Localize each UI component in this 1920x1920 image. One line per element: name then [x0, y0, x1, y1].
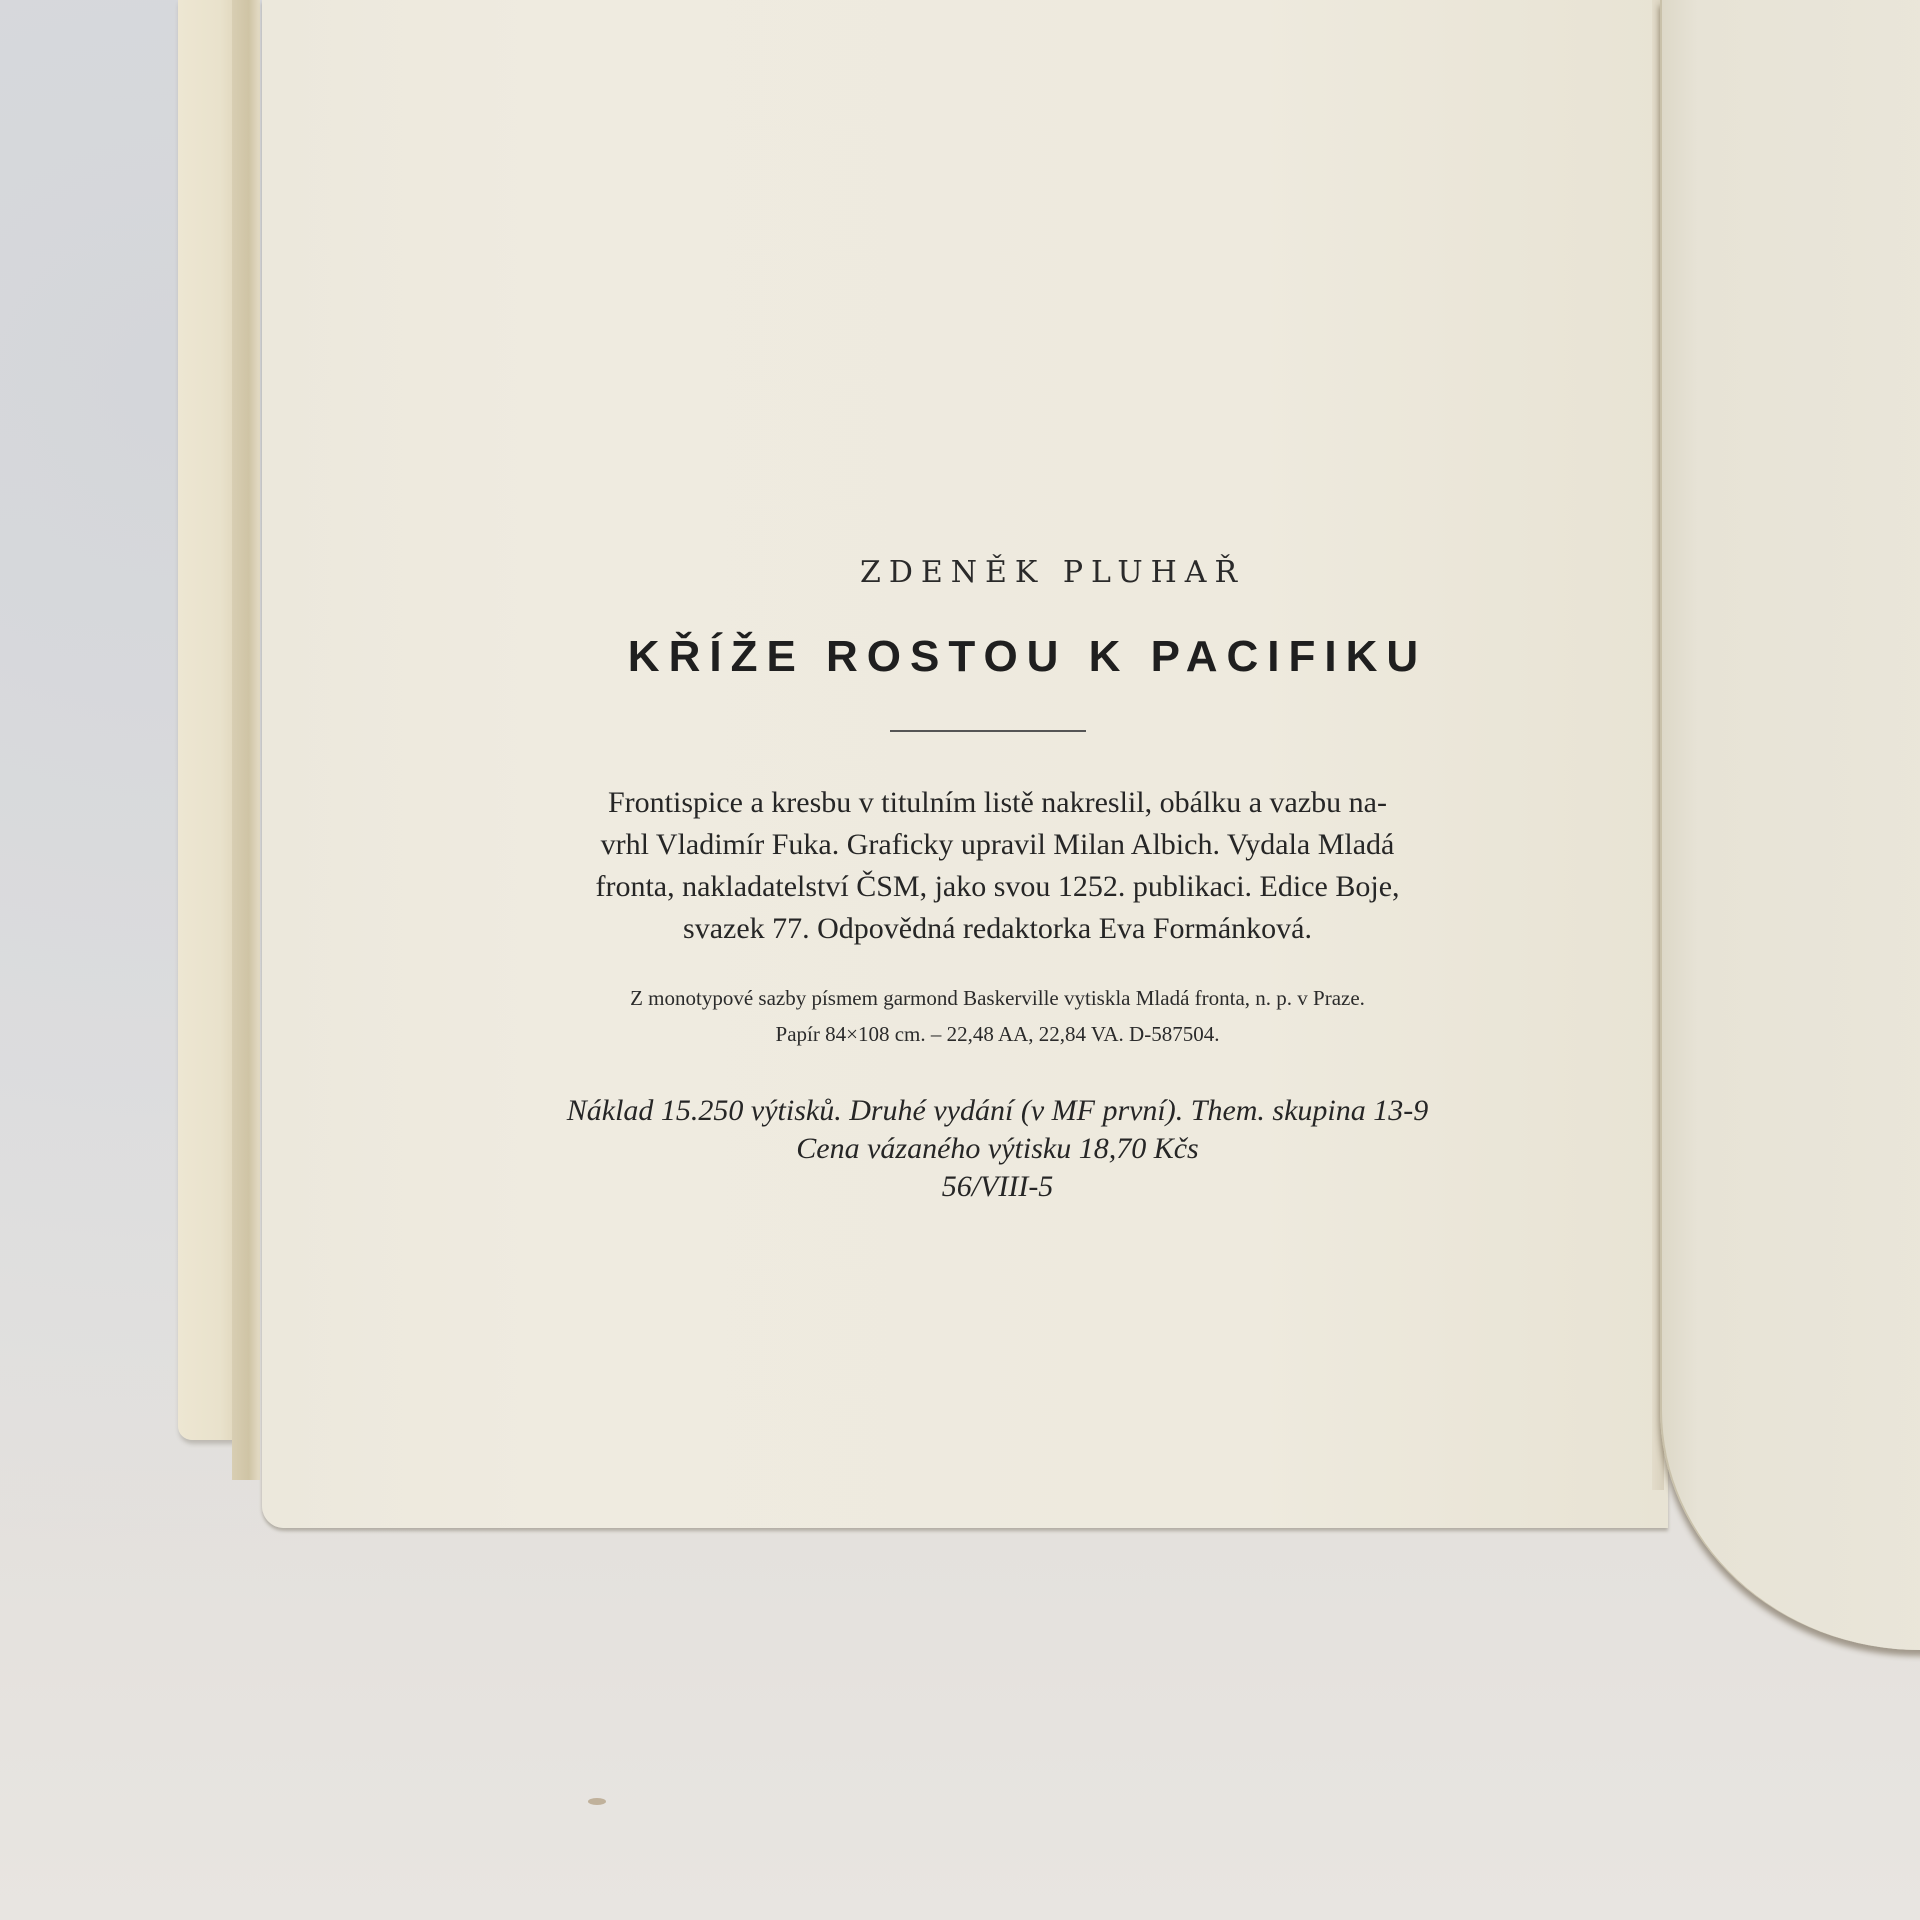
printing-line: Papír 84×108 cm. – 22,48 AA, 22,84 VA. D… — [470, 1016, 1525, 1052]
book-cover-crease — [232, 0, 260, 1480]
title-divider-rule — [890, 730, 1086, 732]
price-line: Cena vázaného výtisku 18,70 Kčs — [470, 1130, 1525, 1168]
edition-details: Náklad 15.250 výtisků. Druhé vydání (v M… — [470, 1092, 1525, 1206]
credits-paragraph: Frontispice a kresbu v titulním listě na… — [470, 782, 1525, 950]
catalog-code: 56/VIII-5 — [470, 1168, 1525, 1206]
colophon-text-block: ZDENĚK PLUHAŘ KŘÍŽE ROSTOU K PACIFIKU Fr… — [470, 555, 1525, 1206]
author-name: ZDENĚK PLUHAŘ — [470, 555, 1525, 590]
credits-line: Frontispice a kresbu v titulním listě na… — [470, 782, 1525, 824]
printing-details: Z monotypové sazby písmem garmond Basker… — [470, 980, 1525, 1052]
dust-speck — [588, 1798, 606, 1805]
printing-line: Z monotypové sazby písmem garmond Basker… — [470, 980, 1525, 1016]
print-run-line: Náklad 15.250 výtisků. Druhé vydání (v M… — [470, 1092, 1525, 1130]
book-title: KŘÍŽE ROSTOU K PACIFIKU — [470, 632, 1525, 682]
credits-line: fronta, nakladatelství ČSM, jako svou 12… — [470, 866, 1525, 908]
facing-page — [1660, 0, 1920, 1650]
credits-line: vrhl Vladimír Fuka. Graficky upravil Mil… — [470, 824, 1525, 866]
credits-line: svazek 77. Odpovědná redaktorka Eva Form… — [470, 908, 1525, 950]
